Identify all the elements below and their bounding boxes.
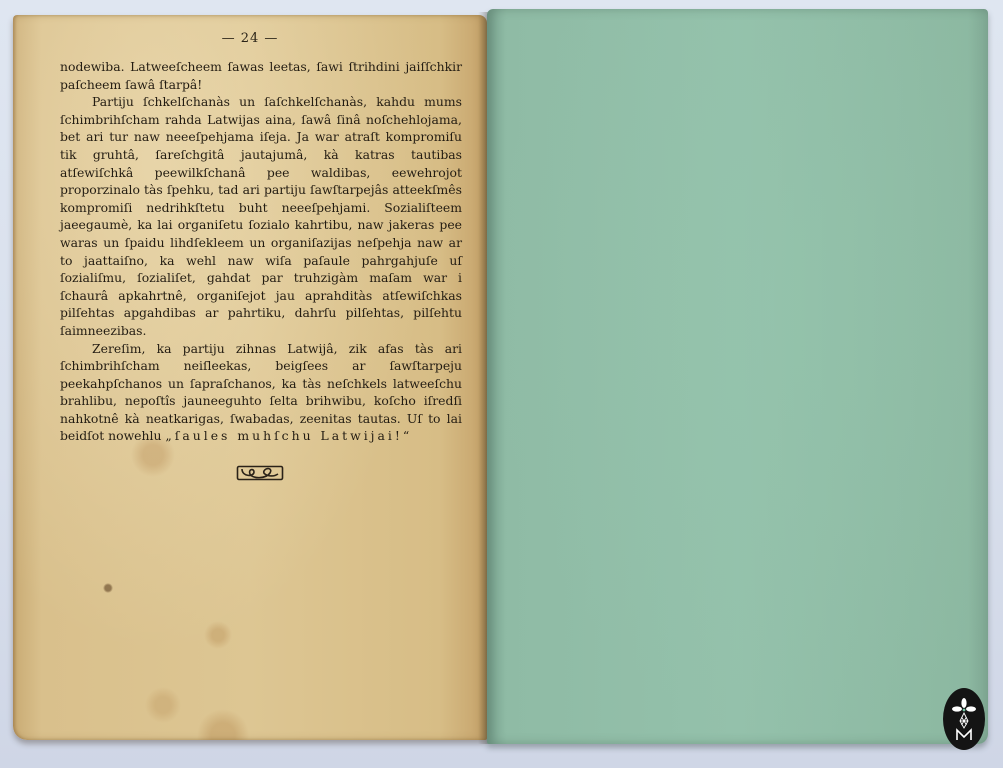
back-cover [487,9,988,744]
left-page: — 24 — nodewiba. Latweeſcheem ſawas leet… [13,15,487,740]
knot-ornament-icon [236,464,284,482]
watermark-badge [943,688,985,750]
page-number: — 24 — [13,31,487,46]
paragraph-2: Partiju ſchkelſchanàs un ſaſchkelſchanàs… [60,93,462,339]
paragraph-3: Zereſim, ka partiju zihnas Latwijâ, zik … [60,340,462,446]
floral-monogram-icon [949,694,979,744]
closing-phrase: „ſaules muhſchu Latwijai!“ [165,428,412,443]
paragraph-1: nodewiba. Latweeſcheem ſawas leetas, ſaw… [60,58,462,93]
body-text: nodewiba. Latweeſcheem ſawas leetas, ſaw… [60,58,462,445]
